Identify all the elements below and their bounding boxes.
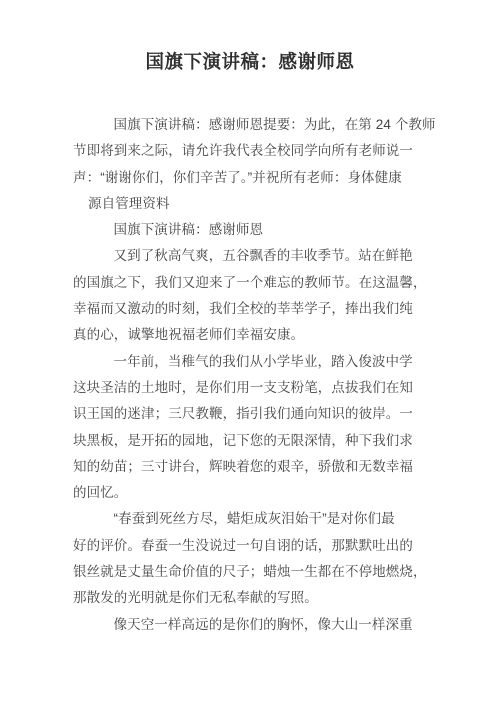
text-line: 国旗下演讲稿：感谢师恩提要：为此，在第 24 个教师: [73, 112, 437, 138]
paragraph-source-note: 源自管理资料: [73, 191, 437, 217]
text-line: 银丝就是丈量生命价值的尺子；蜡烛一生都在不停地燃烧，: [73, 559, 437, 585]
text-line: 这块圣洁的土地时，是你们用一支支粉笔，点拔我们在知: [73, 375, 437, 401]
text-line: 那散发的光明就是你们无私奉献的写照。: [73, 585, 437, 611]
text-line: 识王国的迷津；三尺教鞭，指引我们通向知识的彼岸。一: [73, 401, 437, 427]
text-line: 真的心，诚擎地祝福老师们幸福安康。: [73, 322, 437, 348]
paragraph-body-4: 像天空一样高远的是你们的胸怀，像大山一样深重: [73, 612, 437, 638]
paragraph-abstract: 国旗下演讲稿：感谢师恩提要：为此，在第 24 个教师节即将到来之际，请允许我代表…: [73, 112, 437, 191]
text-line: 声：“谢谢你们，你们辛苦了。”并祝所有老师：身体健康: [73, 165, 437, 191]
text-line: 一年前，当稚气的我们从小学毕业，踏入俊波中学: [73, 349, 437, 375]
paragraph-body-3: “春蚕到死丝方尽，蜡炬成灰泪始干”是对你们最好的评价。春蚕一生没说过一句自诩的话…: [73, 506, 437, 611]
text-line: 块黑板，是开拓的园地，记下您的无限深情，种下我们求: [73, 428, 437, 454]
document-body: 国旗下演讲稿：感谢师恩提要：为此，在第 24 个教师节即将到来之际，请允许我代表…: [73, 112, 437, 638]
paragraph-subtitle: 国旗下演讲稿：感谢师恩: [73, 217, 437, 243]
text-line: 知的幼苗；三寸讲台，辉映着您的艰辛，骄傲和无数幸福: [73, 454, 437, 480]
text-line: 的国旗之下，我们又迎来了一个难忘的教师节。在这温馨，: [73, 270, 437, 296]
text-line: 国旗下演讲稿：感谢师恩: [73, 217, 437, 243]
text-line: 又到了秋高气爽，五谷飘香的丰收季节。站在鲜艳: [73, 243, 437, 269]
document-page: 国旗下演讲稿：感谢师恩 国旗下演讲稿：感谢师恩提要：为此，在第 24 个教师节即…: [0, 0, 500, 707]
paragraph-body-1: 又到了秋高气爽，五谷飘香的丰收季节。站在鲜艳的国旗之下，我们又迎来了一个难忘的教…: [73, 243, 437, 348]
text-line: 的回忆。: [73, 480, 437, 506]
text-line: 好的评价。春蚕一生没说过一句自诩的话，那默默吐出的: [73, 533, 437, 559]
paragraph-body-2: 一年前，当稚气的我们从小学毕业，踏入俊波中学这块圣洁的土地时，是你们用一支支粉笔…: [73, 349, 437, 507]
text-line: 像天空一样高远的是你们的胸怀，像大山一样深重: [73, 612, 437, 638]
text-line: “春蚕到死丝方尽，蜡炬成灰泪始干”是对你们最: [73, 506, 437, 532]
document-title: 国旗下演讲稿：感谢师恩: [73, 49, 427, 77]
text-line: 幸福而又激动的时刻，我们全校的莘莘学子，捧出我们纯: [73, 296, 437, 322]
text-line: 节即将到来之际，请允许我代表全校同学向所有老师说一: [73, 138, 437, 164]
text-line: 源自管理资料: [73, 191, 437, 217]
